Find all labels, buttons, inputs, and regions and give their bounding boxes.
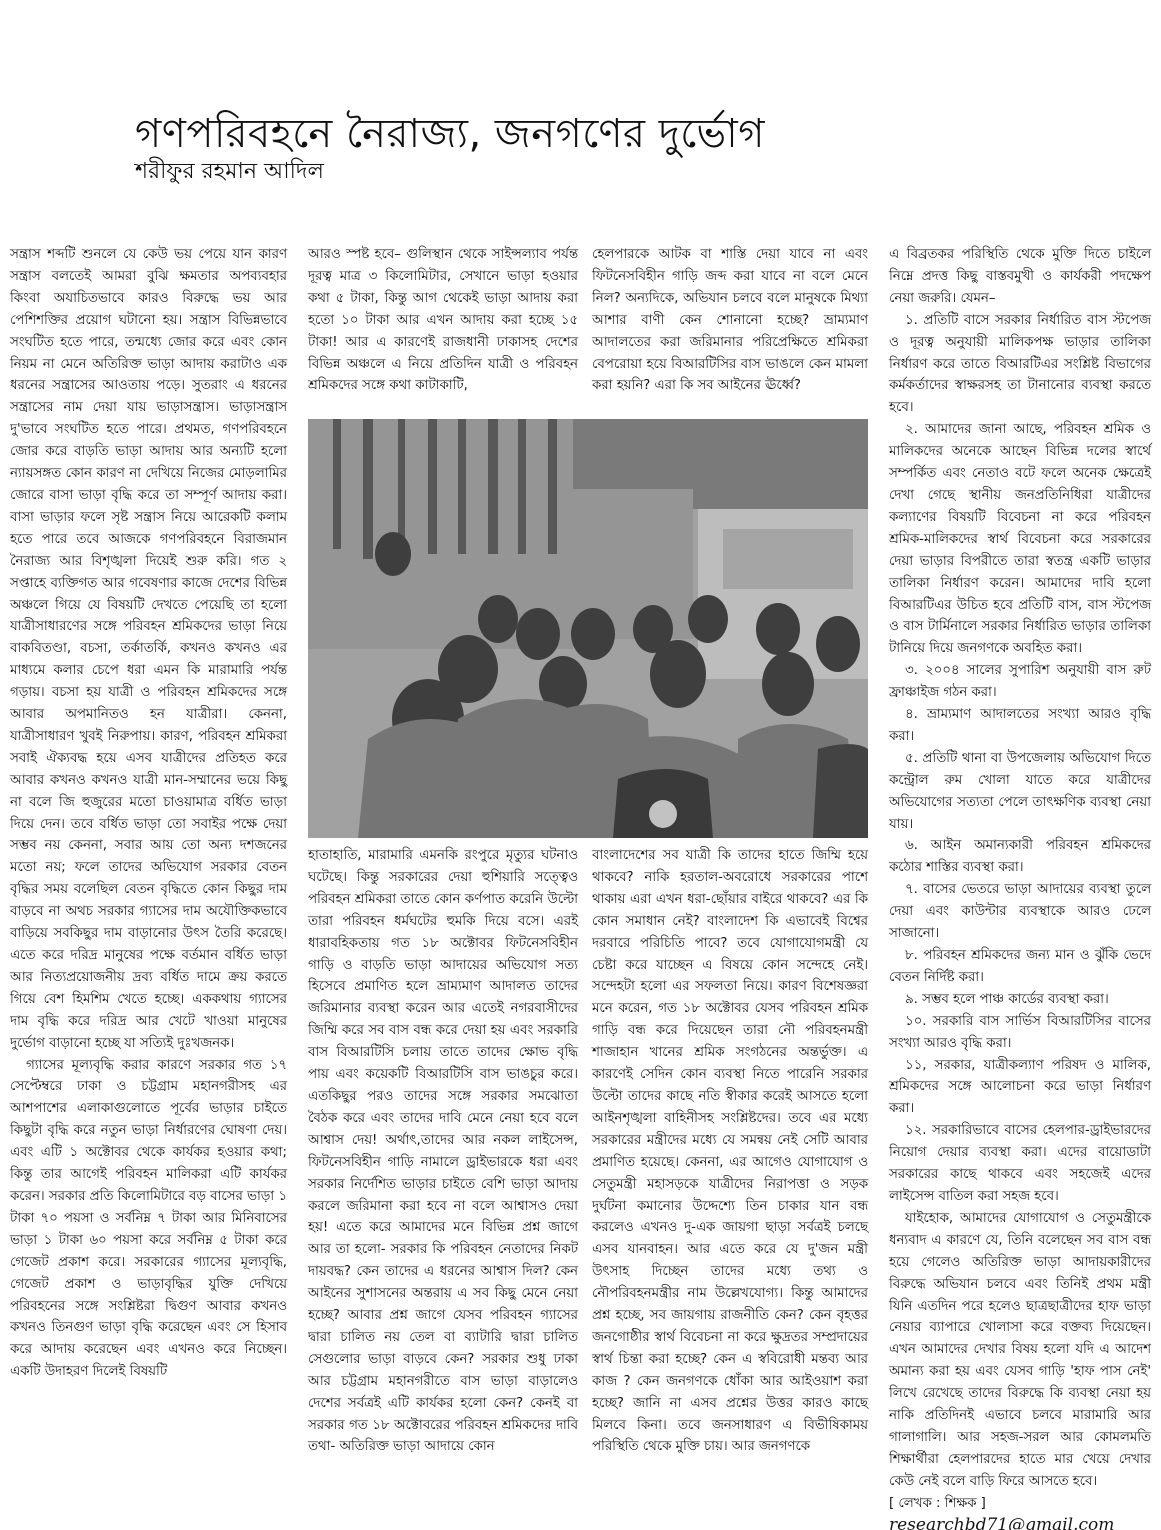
list-item: ৬. আইন অমান্যকারী পরিবহন শ্রমিকদের কঠোর … xyxy=(889,835,1151,879)
article-column-2-top: আরও স্পষ্ট হবে– গুলিস্থান থেকে সাইন্সল্য… xyxy=(308,244,578,397)
paragraph: হাতাহাতি, মারামারি এমনকি রংপুরে মৃত্যুর … xyxy=(308,845,578,1458)
list-item: ৫. প্রতিটি থানা বা উপজেলায় অভিযোগ দিতে … xyxy=(889,748,1151,836)
article-column-2-bottom: হাতাহাতি, মারামারি এমনকি রংপুরে মৃত্যুর … xyxy=(308,845,578,1458)
article-photo xyxy=(308,419,868,838)
author-note: [ লেখক : শিক্ষক ] xyxy=(889,1493,1151,1515)
paragraph: আরও স্পষ্ট হবে– গুলিস্থান থেকে সাইন্সল্য… xyxy=(308,244,578,397)
paragraph: এ বিব্রতকর পরিস্থিতি থেকে মুক্তি দিতে চা… xyxy=(889,244,1151,310)
list-item: ১০. সরকারি বাস সার্ভিস বিআরটিসির বাসের স… xyxy=(889,1011,1151,1055)
author-email: researchbd71@gmail.com xyxy=(889,1515,1151,1530)
list-item: ১২. সরকারিভাবে বাসের হেলপার-ড্রাইভারদের … xyxy=(889,1120,1151,1208)
paragraph: গ্যাসের মূল্যবৃদ্ধি করার কারণে সরকার গত … xyxy=(10,1055,287,1384)
list-item: ৮. পরিবহন শ্রমিকদের জন্য মান ও ঝুঁকি ভেদ… xyxy=(889,945,1151,989)
article-column-4: এ বিব্রতকর পরিস্থিতি থেকে মুক্তি দিতে চা… xyxy=(889,244,1151,1530)
list-item: ১. প্রতিটি বাসে সরকার নির্ধারিত বাস স্টপ… xyxy=(889,310,1151,420)
article-column-1: সন্ত্রাস শব্দটি শুনলে যে কেউ ভয় পেয়ে য… xyxy=(10,244,287,1383)
paragraph: হেলপারকে আটক বা শাস্তি দেয়া যাবে না এবং… xyxy=(592,244,868,397)
article-column-3-bottom: বাংলাদেশের সব যাত্রী কি তাদের হাতে জিম্ম… xyxy=(592,845,868,1458)
article-headline: গণপরিবহনে নৈরাজ্য, জনগণের দুর্ভোগ xyxy=(135,111,765,157)
list-item: ৯. সম্ভব হলে পাঞ্চ কার্ডের ব্যবস্থা করা। xyxy=(889,989,1151,1011)
list-item: ৭. বাসের ভেতরে ভাড়া আদায়ের ব্যবস্থা তু… xyxy=(889,879,1151,945)
paragraph: বাংলাদেশের সব যাত্রী কি তাদের হাতে জিম্ম… xyxy=(592,845,868,1458)
paragraph: যাইহোক, আমাদের যোগাযোগ ও সেতুমন্ত্রীকে ধ… xyxy=(889,1208,1151,1493)
author-byline: শরীফুর রহমান আদিল xyxy=(135,154,324,191)
list-item: ৪. ভ্রাম্যমাণ আদালতের সংখ্যা আরও বৃদ্ধি … xyxy=(889,704,1151,748)
list-item: ২. আমাদের জানা আছে, পরিবহন শ্রমিক ও মালি… xyxy=(889,419,1151,660)
crowd-photo-illustration xyxy=(308,419,868,838)
list-item: ১১, সরকার, যাত্রীকল্যাণ পরিষদ ও মালিক, শ… xyxy=(889,1055,1151,1121)
article-column-3-top: হেলপারকে আটক বা শাস্তি দেয়া যাবে না এবং… xyxy=(592,244,868,397)
paragraph: সন্ত্রাস শব্দটি শুনলে যে কেউ ভয় পেয়ে য… xyxy=(10,244,287,1055)
list-item: ৩. ২০০৪ সালের সুপারিশ অনুযায়ী বাস রুট ফ… xyxy=(889,660,1151,704)
